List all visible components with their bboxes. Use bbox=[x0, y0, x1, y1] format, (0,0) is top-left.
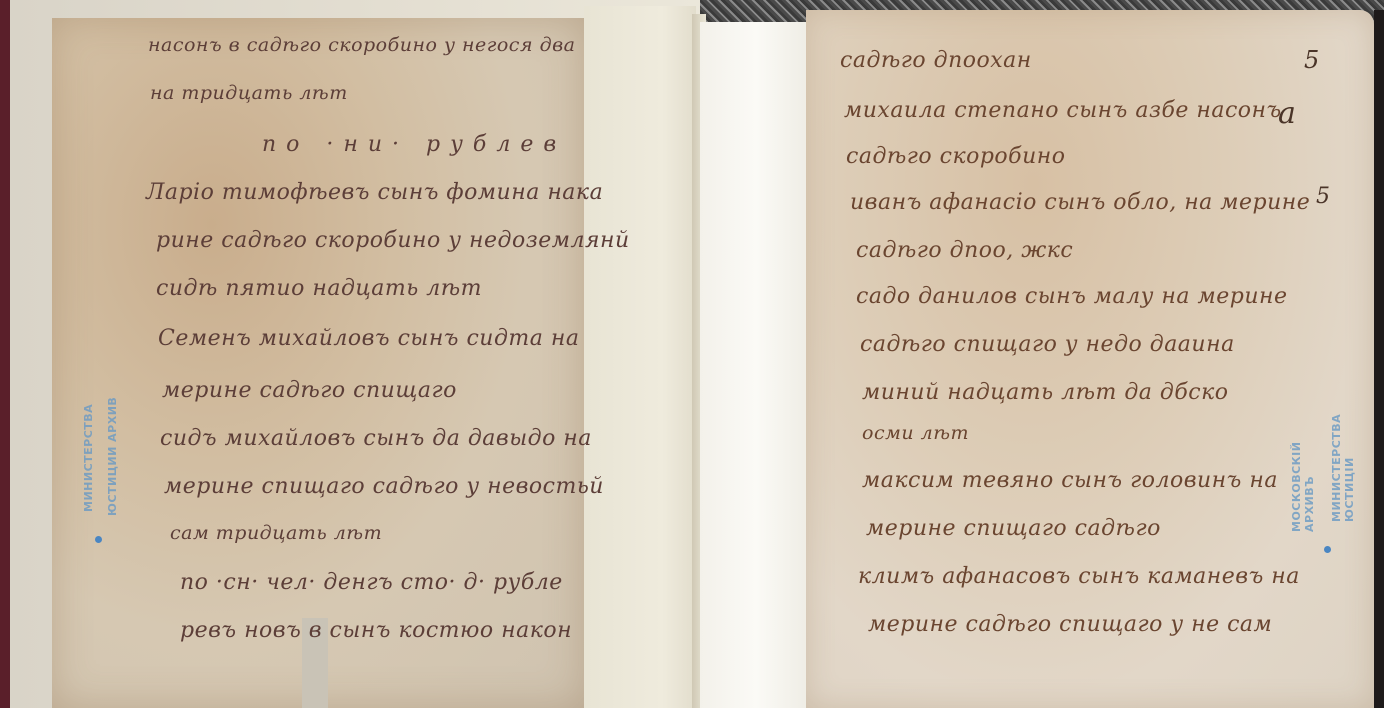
manuscript-line: мерине спищаго садѣго bbox=[866, 516, 1161, 541]
left-guard-strip bbox=[584, 6, 696, 708]
archive-stamp-line: МИНИСТЕРСТВА ЮСТИЦІИ bbox=[1330, 392, 1356, 522]
manuscript-line: садѣго спищаго у недо дааина bbox=[860, 332, 1235, 357]
manuscript-line: Семенъ михайловъ сынъ сидта на bbox=[158, 326, 579, 351]
folio-number: 5 bbox=[1316, 184, 1330, 209]
archive-stamp-line: МИНИСТЕРСТВА bbox=[82, 382, 95, 512]
right-guard-strip bbox=[700, 22, 812, 708]
manuscript-line: михаила степано сынъ азбе насонъ bbox=[844, 98, 1282, 123]
archive-stamp-line: ЮСТИЦИИ АРХИВ bbox=[106, 376, 119, 516]
stamp-dot bbox=[95, 536, 102, 543]
manuscript-line: мерине садѣго спищаго bbox=[162, 378, 457, 403]
manuscript-line: сам тридцать лѣт bbox=[170, 522, 382, 544]
manuscript-line: максим тевяно сынъ головинъ на bbox=[862, 468, 1278, 493]
manuscript-line: мерине спищаго садѣго у невостьй bbox=[164, 474, 604, 499]
folio-letter-mark: a bbox=[1278, 96, 1296, 131]
manuscript-line: осми лѣт bbox=[862, 422, 969, 444]
manuscript-line: миний надцать лѣт да дбско bbox=[862, 380, 1228, 405]
manuscript-heading: по ·ни· рублев bbox=[262, 132, 566, 157]
manuscript-line: по ·сн· чел· денгъ сто· д· рубле bbox=[180, 570, 563, 595]
manuscript-line: рине садѣго скоробино у недо‍землянй bbox=[156, 228, 630, 253]
left-manuscript-page bbox=[52, 18, 584, 708]
stamp-dot bbox=[1324, 546, 1331, 553]
manuscript-line: нас‍онъ в садѣго скоробино у негося два bbox=[148, 34, 576, 56]
manuscript-line: сидъ михайловъ сынъ да давыдо на bbox=[160, 426, 592, 451]
manuscript-line: Ларіо тимофѣевъ сынъ фомина нака bbox=[146, 180, 603, 205]
manuscript-line: климъ афанасовъ сынъ каманевъ на bbox=[858, 564, 1300, 589]
manuscript-line: садо данилов сынъ малу на мерине bbox=[856, 284, 1288, 309]
manuscript-line: ревъ новъ в сынъ костюо након bbox=[180, 618, 572, 643]
manuscript-line: на тридцать лѣт bbox=[150, 82, 348, 104]
manuscript-line: иванъ афанасіо сынъ обло, на мерине bbox=[850, 190, 1310, 215]
archive-stamp-line: МОСКОВСКІЙ АРХИВЪ bbox=[1290, 382, 1316, 532]
book-edge-right bbox=[1374, 10, 1384, 708]
manuscript-line: садѣго дпоо, жкс bbox=[856, 238, 1073, 263]
folio-number: 5 bbox=[1304, 46, 1319, 74]
manuscript-line: сидѣ пятио надцать лѣт bbox=[156, 276, 482, 301]
manuscript-line: мерине садѣго спищаго у не сам bbox=[868, 612, 1272, 637]
manuscript-line: садѣго скоробино bbox=[846, 144, 1066, 169]
manuscript-line: садѣго дпоохан bbox=[840, 48, 1032, 73]
